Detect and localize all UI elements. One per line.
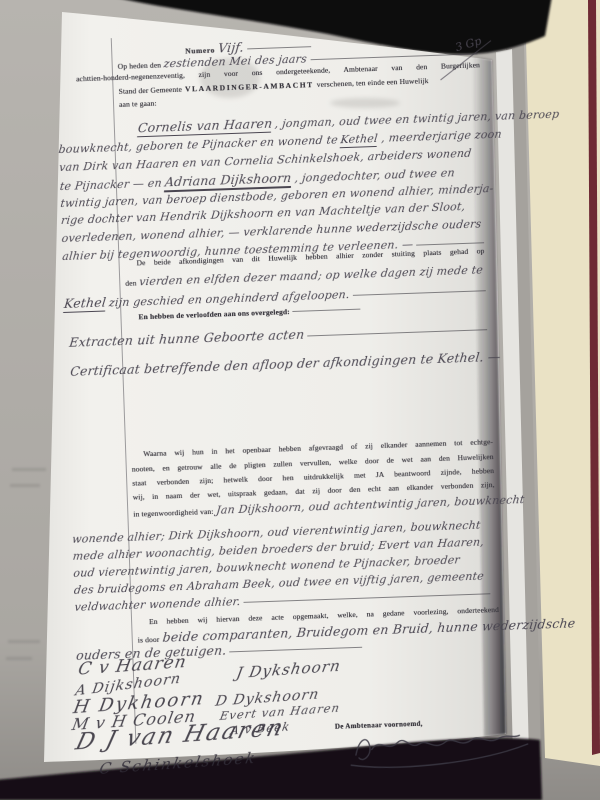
numero-label: Numero: [185, 46, 215, 56]
ruled-line: [416, 242, 484, 245]
intro-line-1-printed: Op heden den: [118, 60, 162, 71]
intro-line-3a: Stand der Gemeente: [118, 85, 182, 96]
documents-line-1: Extracten uit hunne Geboorte acten: [69, 327, 306, 350]
ruled-line: [230, 647, 363, 653]
vows-line-5-printed: in tegenwoordigheid van:: [133, 507, 214, 519]
couple-line-4a: te Pijnacker — en: [59, 176, 162, 193]
groom-name: Cornelis van Haaren: [137, 116, 273, 138]
numero-value: Vijf.: [217, 39, 244, 55]
witnesses-line-6: veldwachter wonende alhier.: [74, 595, 241, 614]
banns-line-2a: den: [125, 278, 137, 287]
residence-kethel: Kethel: [340, 132, 379, 148]
ink-bleed-mark: [12, 468, 46, 471]
ink-bleed-mark: [10, 484, 40, 487]
officiant-signature: [347, 722, 533, 772]
ink-bleed-mark: [8, 640, 40, 643]
ruled-line: [247, 46, 311, 49]
documents-line-2: Certificaat betreffende den afloop der a…: [70, 349, 502, 379]
document-photo: Numero Vijf. 3 Gp Op heden den zestiende…: [0, 0, 600, 800]
ink-bleed-mark: [6, 657, 32, 660]
closing-line-2a: is door: [138, 635, 160, 645]
ruled-line: [353, 290, 486, 296]
ruled-line: [293, 309, 361, 312]
signature-j-dykshoorn: J Dykshoorn: [235, 657, 343, 682]
municipality-name: VLAARDINGER-AMBACHT: [185, 80, 314, 93]
page-content: Numero Vijf. 3 Gp Op heden den zestiende…: [34, 0, 536, 772]
ruled-line: [310, 53, 477, 60]
ruled-line: [307, 329, 487, 336]
intro-line-3c: verschenen, ten einde een Huwelijk: [317, 76, 429, 89]
banns-kethel: Kethel: [63, 294, 107, 313]
couple-line-2c: , meerderjarige zoon: [380, 128, 502, 145]
intro-line-4: aan te gaan:: [119, 99, 157, 109]
couple-line-4c: , jongedochter, oud twee en: [294, 166, 455, 185]
ruled-line: [244, 593, 491, 603]
